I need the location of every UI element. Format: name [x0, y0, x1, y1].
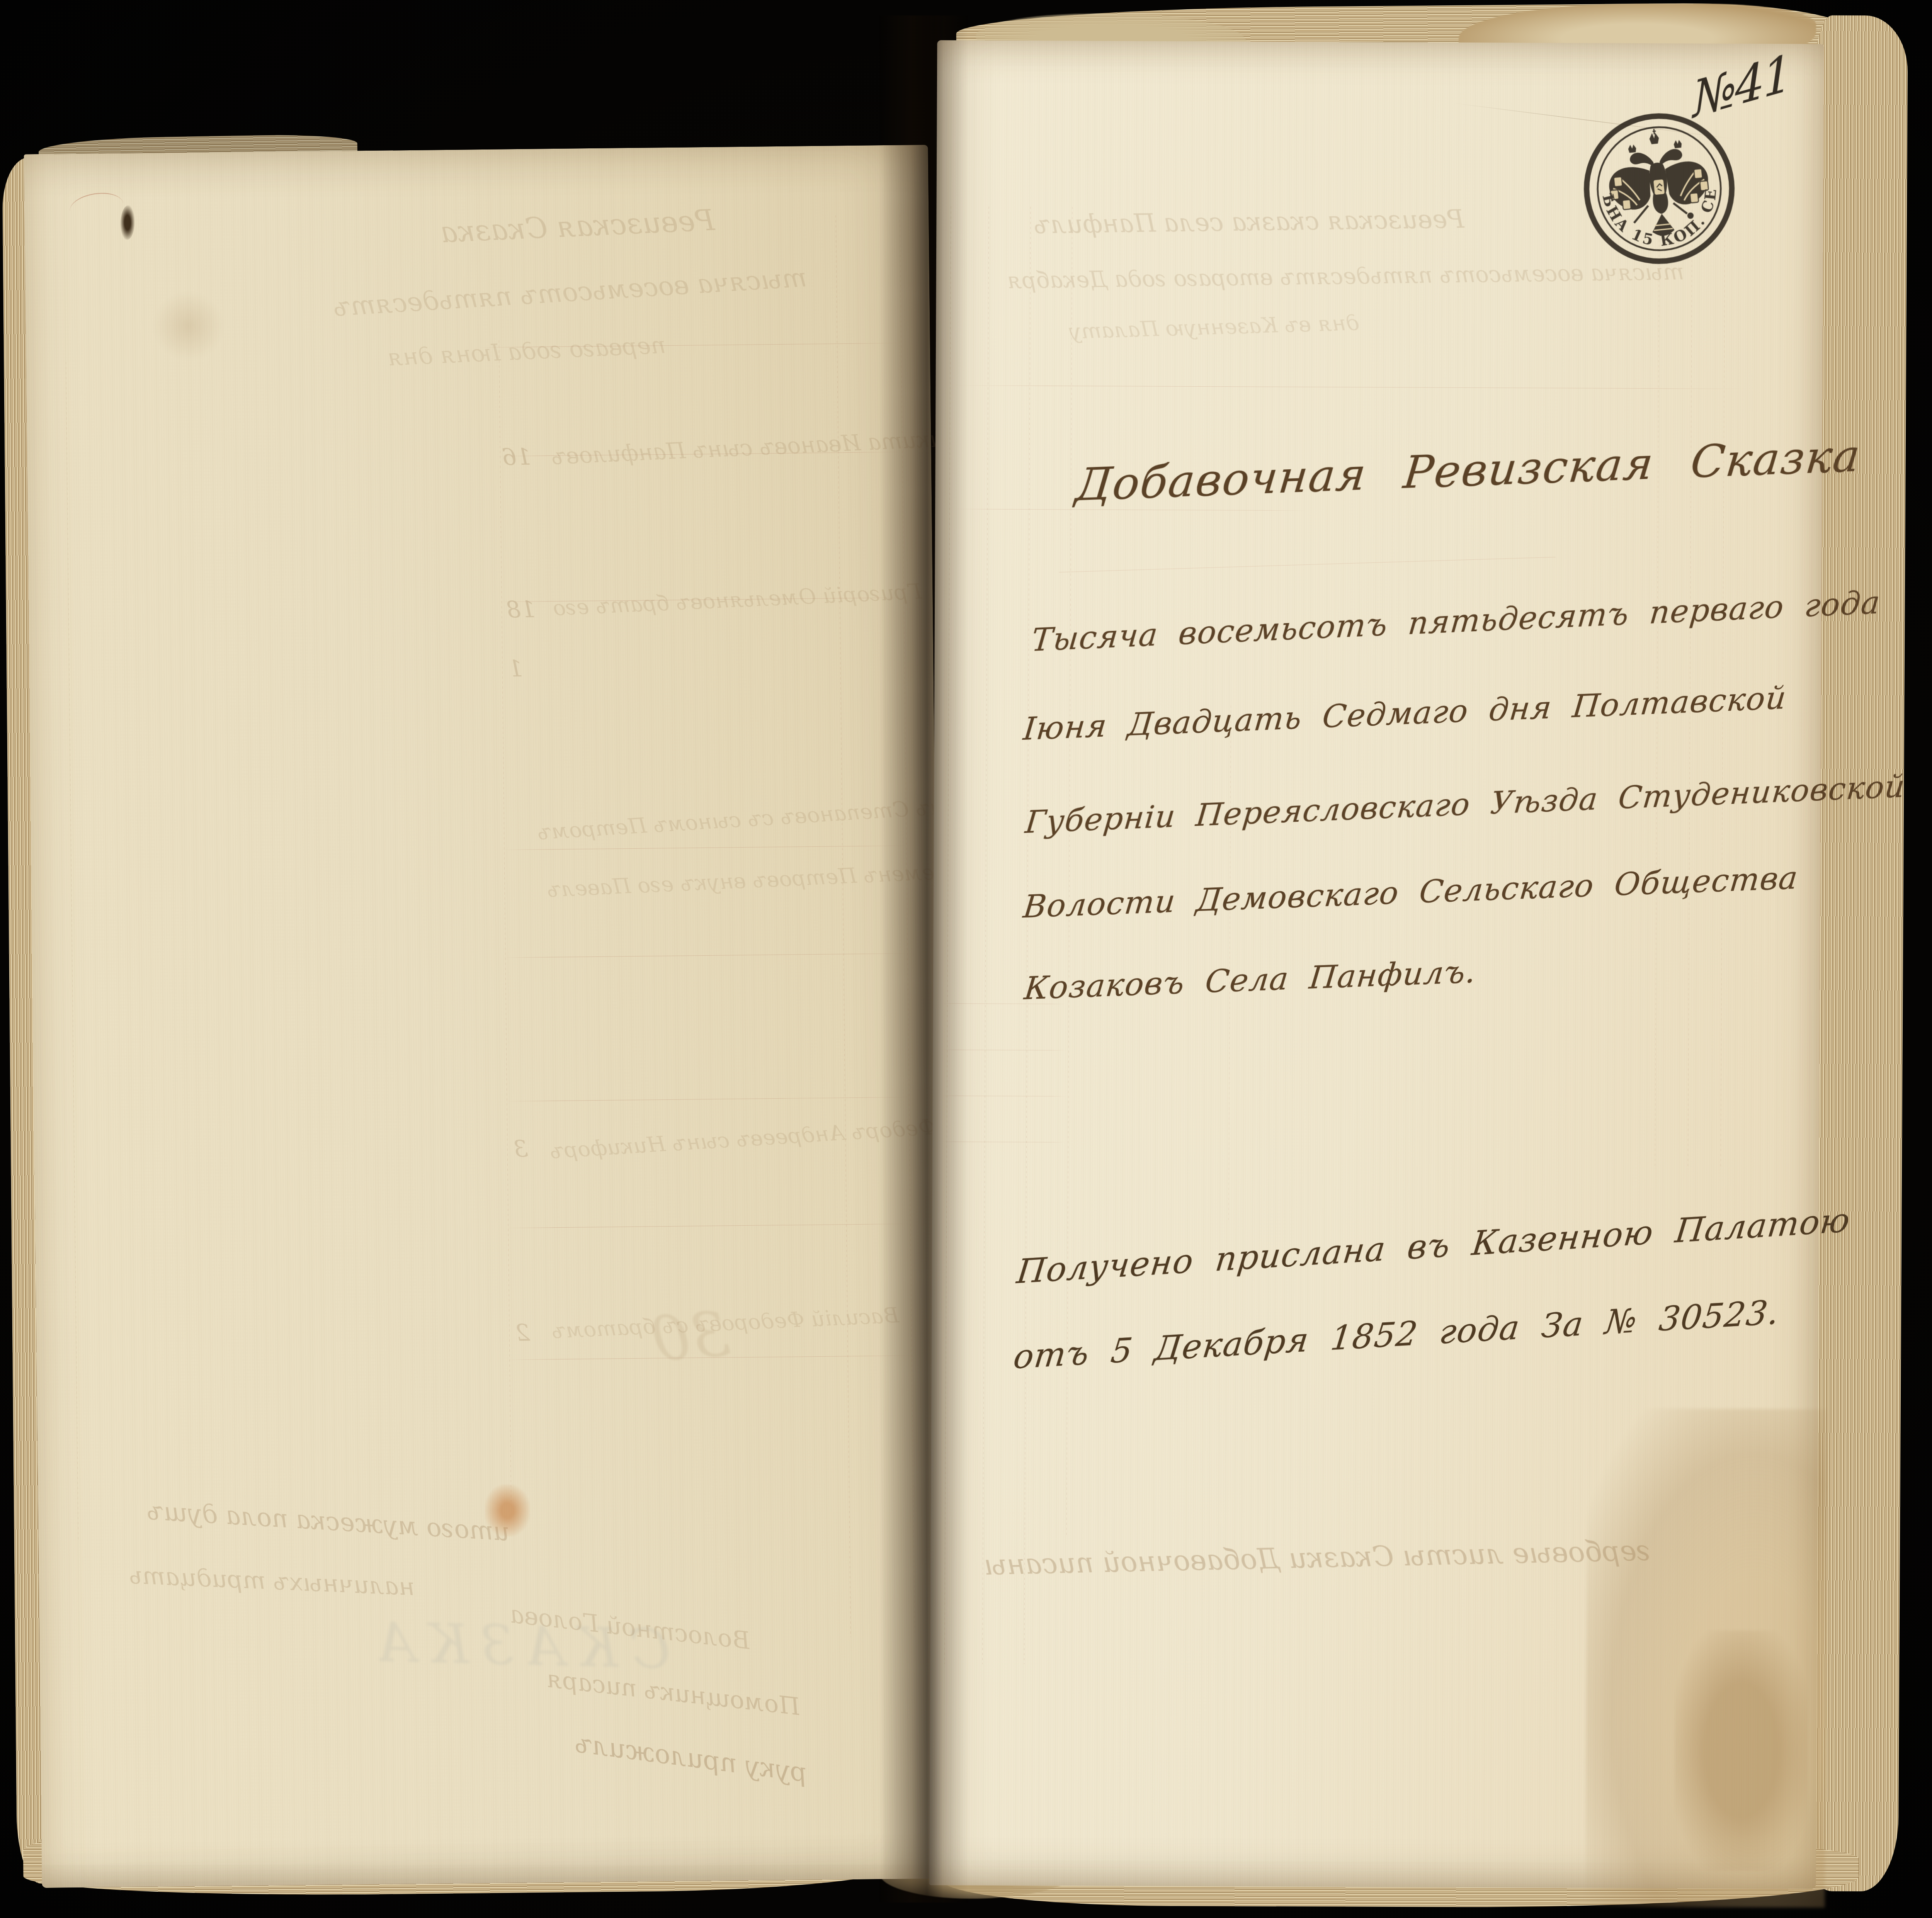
left-page-ruling-horizontal — [501, 846, 908, 850]
right-page-ruling-vertical — [1024, 207, 1031, 1664]
bleedthrough-text: дня въ Казенную Палату — [1069, 310, 1360, 344]
received-note-line: Получено прислана въ Казенною Палатою — [1015, 1201, 1852, 1292]
left-page-ruling-vertical — [498, 340, 511, 1502]
bleedthrough-text: наличныхъ тридцать — [129, 1561, 415, 1601]
water-stain-rim — [1674, 1630, 1808, 1870]
right-page-ruling-horizontal — [941, 1142, 1065, 1143]
dark-ink-blob — [120, 205, 135, 240]
photo-of-open-book: Ревизская Сказка тысяча восемьсотъ пятьд… — [0, 0, 1932, 1918]
price-stamp: ЦѢНА 15 КОП. СЕР. — [1573, 102, 1745, 275]
right-page-ruling-horizontal — [942, 1050, 1066, 1050]
bleedthrough-digit: 3 — [513, 1136, 528, 1163]
body-line: Волости Демовскаго Сельскаго Общества — [1021, 860, 1800, 926]
bleedthrough-text: гербовые листы Сказки Добавочной писаны — [983, 1535, 1651, 1582]
received-note-line: отъ 5 Декабря 1852 года За № 30523. — [1012, 1293, 1782, 1377]
document-title: Добавочная Ревизская Сказка — [1073, 430, 1863, 511]
bleedthrough-text: Иванъ Степановъ съ сыномъ Петромъ — [537, 792, 988, 844]
bleedthrough-text: Федоръ Андреевъ сынъ Никифоръ — [549, 1114, 936, 1164]
bleedthrough-digit: 2 — [515, 1320, 530, 1347]
bleedthrough-text: итого мужеска пола душъ — [146, 1497, 510, 1547]
left-page-ruling-horizontal — [505, 1223, 912, 1228]
left-page-ruling-horizontal — [504, 1097, 911, 1102]
body-line: Козаковъ Села Панфилъ. — [1023, 954, 1478, 1007]
bleedthrough-text: Ревизская Сказка — [440, 203, 715, 250]
right-page-ruling-horizontal — [953, 386, 1751, 389]
bleedthrough-text: тысяча восемьсотъ пятьдесятъ втораго год… — [1007, 259, 1684, 294]
title-dotted-underline — [1059, 556, 1556, 572]
foxing-smudge — [152, 291, 225, 361]
folio-number-mark: №41 — [1692, 44, 1791, 129]
bleedthrough-digit: 1 — [508, 656, 523, 683]
bleedthrough-text: перваго года Іюня дня — [387, 332, 667, 372]
bleedthrough-ghost-number: 30 — [648, 1298, 733, 1376]
left-page: Ревизская Сказка тысяча восемьсотъ пятьд… — [24, 145, 946, 1888]
bleedthrough-text: тысяча восемьсотъ пятьдесятъ — [332, 262, 808, 323]
bleedthrough-text: Ревизская сказка села Панфилъ — [1034, 205, 1464, 240]
bleedthrough-digit: 18 — [506, 596, 536, 624]
right-page-ruling-horizontal — [941, 1096, 1065, 1096]
right-page-ruling-horizontal — [953, 509, 1308, 511]
red-ink-squiggle — [68, 190, 126, 226]
right-page-ruling-vertical — [982, 207, 989, 1664]
right-page-ruling-vertical — [944, 206, 951, 1664]
bleedthrough-text: Помощникъ писаря — [546, 1665, 802, 1721]
bleedthrough-text: Семенъ Петровъ внукъ его Павелъ — [546, 859, 951, 902]
bleedthrough-digit: 16 — [502, 444, 531, 471]
left-page-ruling-vertical — [835, 215, 851, 1637]
right-page: Ревизская сказка села Панфилъ тысяча вос… — [929, 40, 1824, 1889]
left-page-ruling-vertical — [66, 362, 78, 1541]
body-line: Губерніи Переясловскаго Уѣзда Студеников… — [1024, 768, 1907, 840]
body-line: Іюня Двадцать Седмаго дня Полтавской — [1021, 680, 1788, 747]
left-page-ruling-horizontal — [502, 953, 909, 958]
water-stain — [1585, 1408, 1827, 1908]
bleedthrough-text: руку приложилъ — [573, 1728, 809, 1788]
body-line: Тысяча восемьсотъ пятьдесятъ перваго год… — [1030, 584, 1882, 659]
